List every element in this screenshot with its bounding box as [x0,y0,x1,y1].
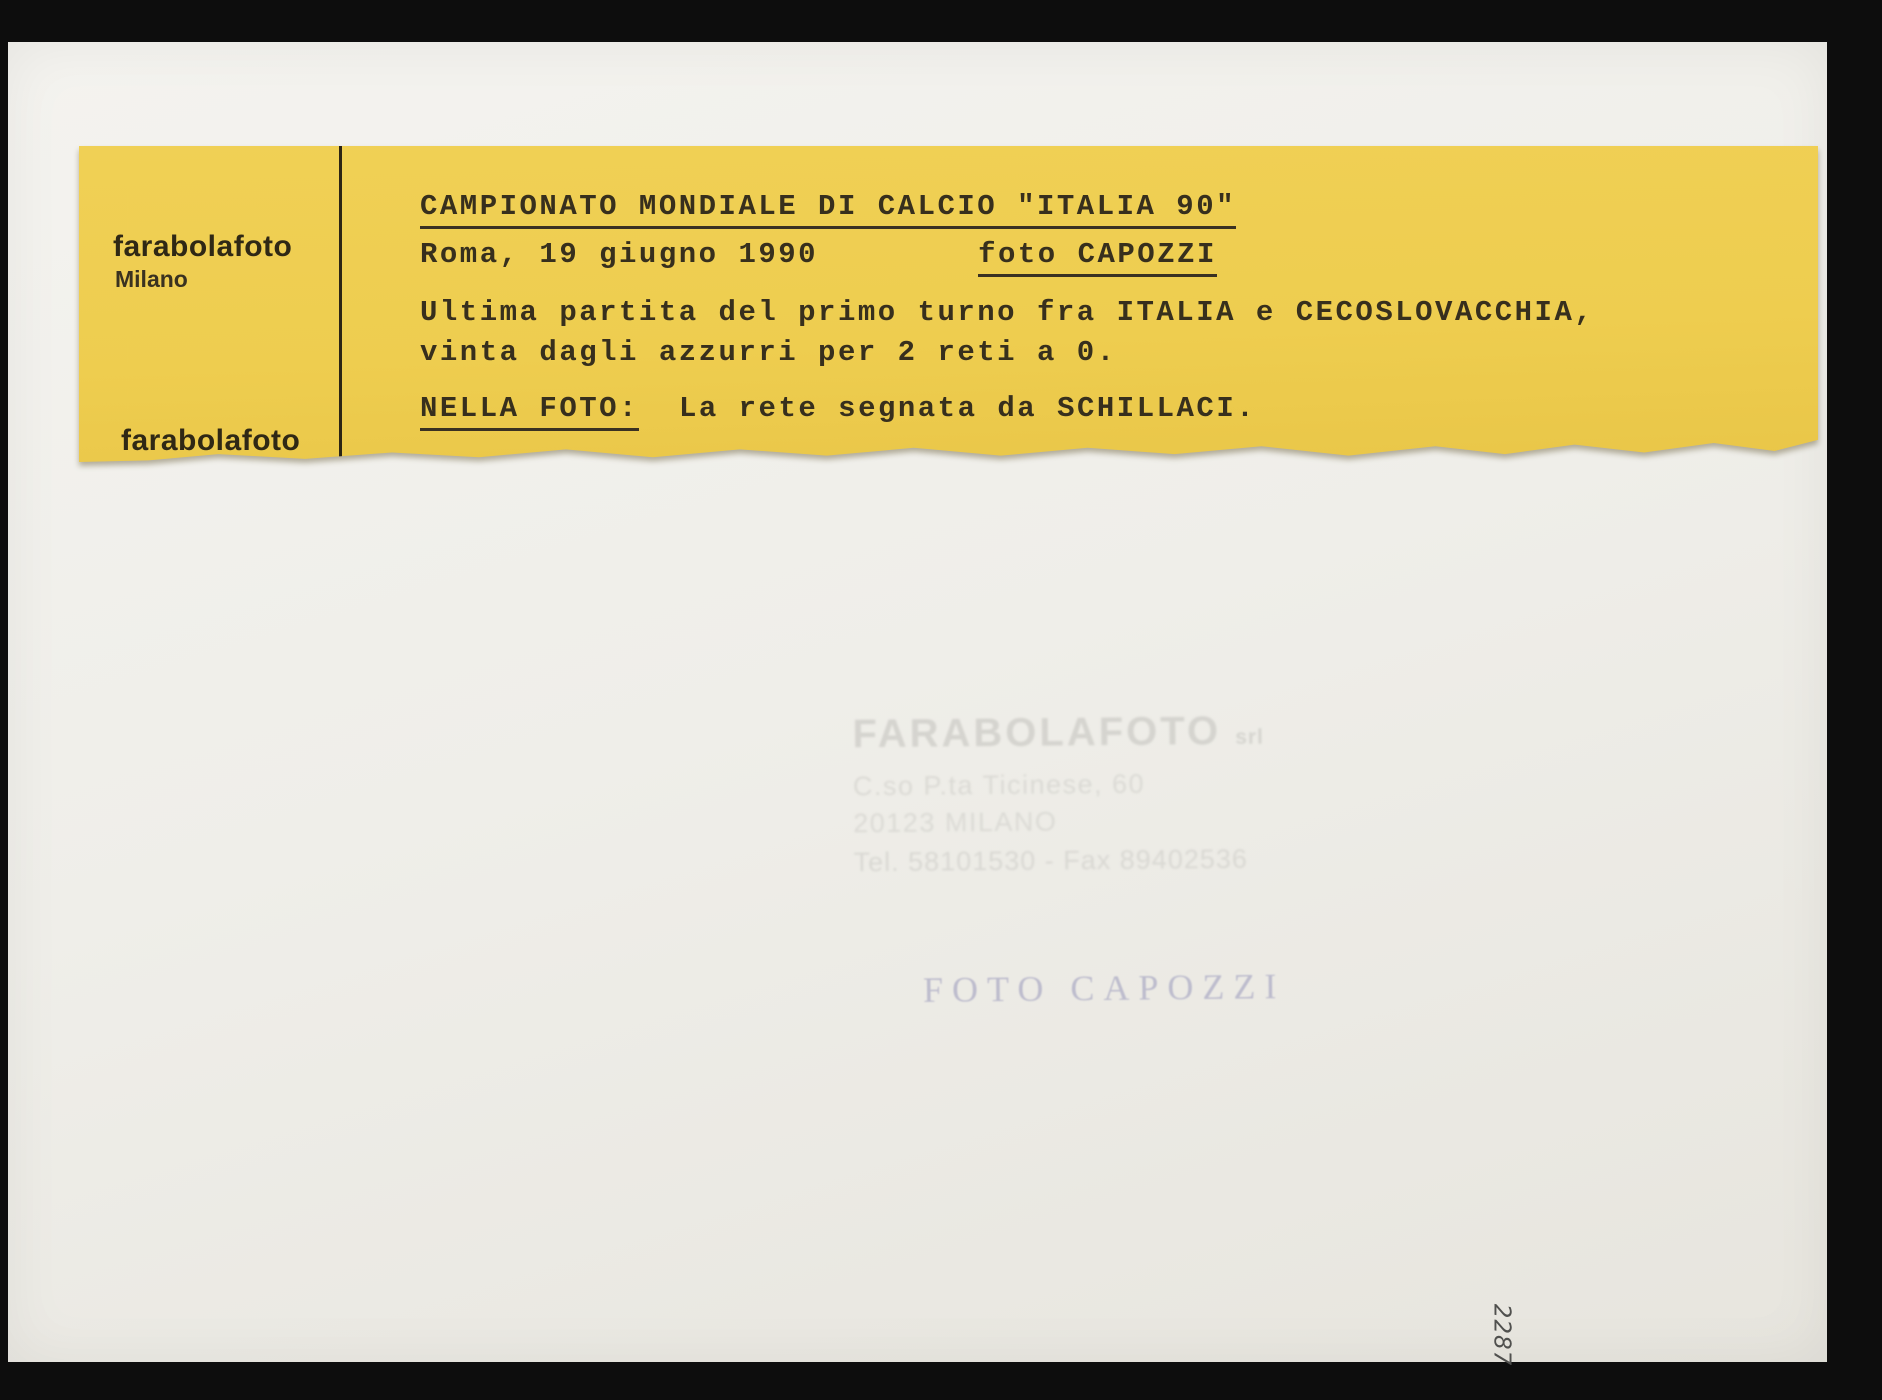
caption-title: CAMPIONATO MONDIALE DI CALCIO "ITALIA 90… [420,190,1236,229]
handwritten-archive-number: 2287 [1488,1304,1514,1367]
stamp-company-suffix: srl [1235,726,1264,749]
caption-body-line1: Ultima partita del primo turno fra ITALI… [420,296,1594,329]
stamp-address-city: 20123 MILANO [853,804,1373,840]
stamp-company-name: FARABOLAFOTO [852,709,1221,756]
agency-panel: farabolafoto Milano farabolafoto [79,146,339,462]
agency-ink-stamp: FARABOLAFOTO srl C.so P.ta Ticinese, 60 … [852,708,1373,879]
caption-body-line2: vinta dagli azzurri per 2 reti a 0. [420,336,1117,369]
nella-foto-label: NELLA FOTO: [420,392,639,431]
caption-text-panel: CAMPIONATO MONDIALE DI CALCIO "ITALIA 90… [342,146,1818,462]
caption-title-line: CAMPIONATO MONDIALE DI CALCIO "ITALIA 90… [420,190,1236,229]
photographer-ink-stamp: FOTO CAPOZZI [923,965,1286,1011]
agency-name-bottom: farabolafoto [121,424,300,458]
stamp-company-line: FARABOLAFOTO srl [852,708,1372,758]
caption-photo-credit: foto CAPOZZI [978,238,1217,277]
stamp-address-street: C.so P.ta Ticinese, 60 [853,767,1373,803]
agency-name-top: farabolafoto [113,230,292,264]
photo-back-card: farabolafoto Milano farabolafoto CAMPION… [8,42,1827,1362]
caption-nella-foto-line: NELLA FOTO:La rete segnata da SCHILLACI. [420,392,1256,431]
caption-dateline: Roma, 19 giugno 1990foto CAPOZZI [420,238,1217,277]
stamp-phone-fax: Tel. 58101530 - Fax 89402536 [853,843,1373,879]
caption-date: Roma, 19 giugno 1990 [420,238,818,271]
agency-city: Milano [115,266,188,293]
black-background: farabolafoto Milano farabolafoto CAMPION… [0,0,1882,1400]
caption-label-wrap: farabolafoto Milano farabolafoto CAMPION… [79,146,1818,462]
nella-foto-text: La rete segnata da SCHILLACI. [679,392,1256,425]
yellow-caption-label: farabolafoto Milano farabolafoto CAMPION… [79,146,1818,462]
